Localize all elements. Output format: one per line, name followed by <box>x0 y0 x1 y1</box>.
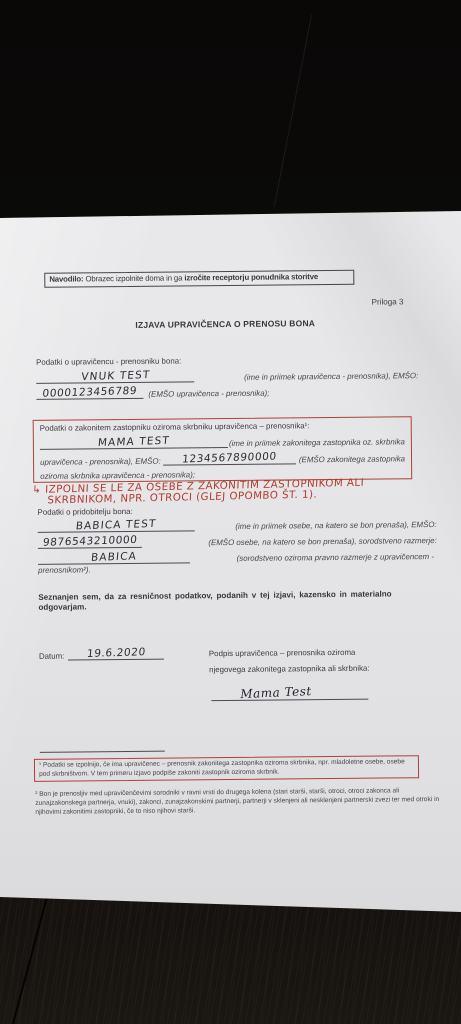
representative-name-caption: (ime in priimek zakonitega zastopnika oz… <box>229 437 405 448</box>
acquirer-emso-value: 9876543210000 <box>42 535 138 549</box>
date-field: 19.6.2020 <box>68 646 164 661</box>
acquirer-relation-caption-cont: prenosnikom²). <box>38 565 91 575</box>
footnote-2-text: ² Bon je prenosljiv med upravičenčevimi … <box>35 787 441 818</box>
representative-emso-caption-cont: oziroma skrbnika upravičenca - prenosnik… <box>40 470 195 480</box>
transferor-emso-row: 0000123456789 (EMŠO upravičenca - prenos… <box>36 384 269 400</box>
attachment-label: Priloga 3 <box>297 297 403 307</box>
statement-line1: Seznanjen sem, da za resničnost podatkov… <box>38 589 391 603</box>
footnote-separator <box>40 751 165 753</box>
representative-name-row: MAMA TEST (ime in priimek zakonitega zas… <box>40 432 405 450</box>
signature-label-line2: njegovega zakonitega zastopnika ali skrb… <box>209 664 370 675</box>
footnote-1-box: ¹ Podatki se izpolnijo, če ima upravičen… <box>34 755 419 782</box>
form-content: Navodilo: Obrazec izpolnite doma in ga i… <box>0 0 461 1024</box>
date-value: 19.6.2020 <box>86 647 146 660</box>
footnote-1-text: ¹ Podatki se izpolnijo, če ima upravičen… <box>39 758 414 779</box>
acquirer-emso-caption: (EMŠO osebe, na katero se bon prenaša), … <box>208 536 437 547</box>
transferor-heading: Podatki o upravičencu - prenosniku bona: <box>36 356 181 366</box>
acquirer-emso-row: 9876543210000 (EMŠO osebe, na katero se … <box>38 531 437 549</box>
representative-section-box: Podatki o zakonitem zastopniku oziroma s… <box>33 416 413 483</box>
transferor-name-field: VNUK TEST <box>36 368 194 384</box>
statement-line2: odgovarjam. <box>38 602 86 613</box>
acquirer-relation-value: BABICA <box>91 551 138 563</box>
transferor-name-value: VNUK TEST <box>80 370 150 383</box>
acquirer-name-value: BABICA TEST <box>75 519 157 533</box>
acquirer-name-field: BABICA TEST <box>38 517 195 533</box>
instruction-label: Navodilo: <box>49 274 83 283</box>
transferor-name-caption: (ime in priimek upravičenca - prenosnika… <box>244 371 418 382</box>
instruction-box: Navodilo: Obrazec izpolnite doma in ga i… <box>44 270 354 288</box>
representative-heading: Podatki o zakonitem zastopniku oziroma s… <box>40 420 405 433</box>
signature-field: Mama Test <box>211 686 368 702</box>
acquirer-name-caption: (ime in priimek osebe, na katero se bon … <box>235 520 436 531</box>
representative-emso-field: 1234567890000 <box>163 450 296 465</box>
representative-name-field: MAMA TEST <box>40 434 228 450</box>
transferor-emso-caption: (EMŠO upravičenca - prenosnika); <box>143 389 269 399</box>
date-label: Datum: <box>39 652 65 661</box>
transferor-emso-value: 0000123456789 <box>42 386 138 400</box>
acquirer-emso-field: 9876543210000 <box>38 534 142 549</box>
instruction-text-bold: izročite receptorju ponudnika storitve <box>184 272 318 282</box>
representative-emso-row: upravičenca - prenosnika), EMŠO: 1234567… <box>40 449 405 467</box>
form-title: IZJAVA UPRAVIČENCA O PRENOSU BONA <box>38 317 413 331</box>
acquirer-heading: Podatki o pridobitelju bona: <box>37 507 132 517</box>
representative-emso-value: 1234567890000 <box>182 452 278 466</box>
representative-name-value: MAMA TEST <box>97 436 170 449</box>
photo-of-document: Navodilo: Obrazec izpolnite doma in ga i… <box>0 0 461 1024</box>
instruction-text: Obrazec izpolnite doma in ga <box>83 273 184 283</box>
transferor-emso-field: 0000123456789 <box>36 385 143 400</box>
acquirer-relation-row: BABICA (sorodstveno oziroma pravno razme… <box>38 547 434 565</box>
signature-label-line1: Podpis upravičenca – prenosnika oziroma <box>209 648 356 658</box>
acquirer-relation-field: BABICA <box>38 549 190 564</box>
signature-value: Mama Test <box>240 686 312 700</box>
acquirer-relation-caption: (sorodstveno oziroma pravno razmerje z u… <box>237 552 434 563</box>
representative-emso-caption: (EMŠO zakonitega zastopnika <box>299 454 405 464</box>
acquirer-name-row: BABICA TEST (ime in priimek osebe, na ka… <box>38 515 437 533</box>
date-row: Datum: 19.6.2020 <box>39 646 165 661</box>
representative-emso-prefix: upravičenca - prenosnika), EMŠO: <box>40 457 161 467</box>
transferor-name-row: VNUK TEST (ime in priimek upravičenca - … <box>36 366 418 384</box>
